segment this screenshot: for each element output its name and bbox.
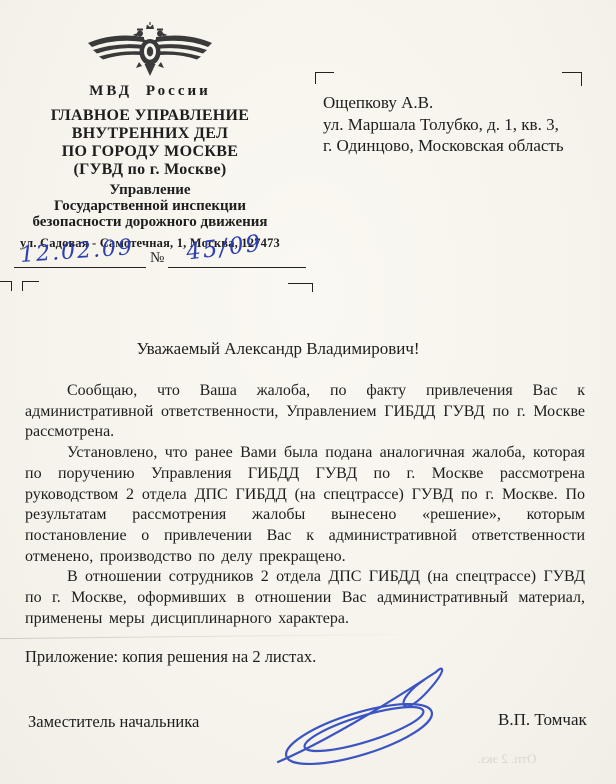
recipient-address: Ощепкову А.В. ул. Маршала Толубко, д. 1,… <box>323 92 564 157</box>
form-zone-corner-mark-icon <box>288 283 313 292</box>
scan-crease-line <box>0 634 400 639</box>
recipient-city: г. Одинцово, Московская область <box>323 135 564 157</box>
division-block: Управление Государственной инспекции без… <box>0 182 300 230</box>
letterhead: МВД России ГЛАВНОЕ УПРАВЛЕНИЕ ВНУТРЕННИХ… <box>0 22 300 251</box>
paragraph: Сообщаю, что Ваша жалоба, по факту привл… <box>25 381 585 443</box>
number-underline <box>168 267 306 268</box>
signer-position-title: Заместитель начальника <box>28 712 199 732</box>
division-line: Управление <box>0 182 300 198</box>
date-underline <box>14 267 146 268</box>
org-name-short: МВД России <box>0 83 300 100</box>
paragraph: Установлено, что ранее Вами была подана … <box>25 443 585 567</box>
form-zone-corner-mark-icon <box>0 281 12 291</box>
address-zone-corner-right-icon <box>562 72 582 86</box>
form-zone-corner-mark-icon <box>22 281 39 291</box>
paragraph: В отношении сотрудников 2 отдела ДПС ГИБ… <box>25 567 585 629</box>
scanned-letter-page: МВД России ГЛАВНОЕ УПРАВЛЕНИЕ ВНУТРЕННИХ… <box>0 0 616 784</box>
handwritten-date: 12.02.09 <box>19 235 134 268</box>
recipient-street: ул. Маршала Толубко, д. 1, кв. 3, <box>323 114 564 136</box>
mvd-eagle-emblem-icon <box>0 22 300 80</box>
handwritten-signature-icon <box>264 658 459 778</box>
org-line: ВНУТРЕННИХ ДЕЛ <box>0 125 300 143</box>
letter-body: Сообщаю, что Ваша жалоба, по факту привл… <box>25 381 585 629</box>
recipient-name: Ощепкову А.В. <box>323 92 564 114</box>
salutation: Уважаемый Александр Владимирович! <box>0 339 556 359</box>
address-zone-corner-left-icon <box>315 72 334 84</box>
division-line: безопасности дорожного движения <box>0 214 300 230</box>
org-line: (ГУВД по г. Москве) <box>0 161 300 179</box>
signer-name: В.П. Томчак <box>498 710 587 730</box>
division-line: Государственной инспекции <box>0 198 300 214</box>
org-name-block: ГЛАВНОЕ УПРАВЛЕНИЕ ВНУТРЕННИХ ДЕЛ ПО ГОР… <box>0 107 300 179</box>
reference-row: 12.02.09 № 45/09 <box>0 240 320 300</box>
org-line: ГЛАВНОЕ УПРАВЛЕНИЕ <box>0 107 300 125</box>
number-sign: № <box>150 250 164 267</box>
org-line: ПО ГОРОДУ МОСКВЕ <box>0 143 300 161</box>
bleed-through-note: Отп. 2 экз. <box>478 751 536 767</box>
